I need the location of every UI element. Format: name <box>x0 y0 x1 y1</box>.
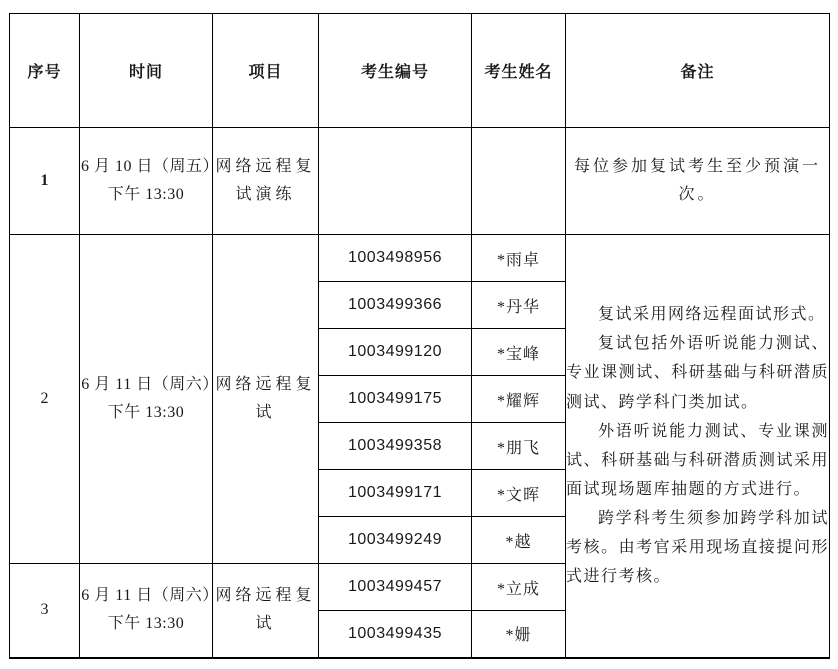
remark-paragraph: 外语听说能力测试、专业课测试、科研基础与科研潜质测试采用面试现场题库抽题的方式进… <box>566 417 829 504</box>
remark-paragraph: 复试采用网络远程面试形式。 <box>566 300 829 329</box>
project-cell: 网络远程复试 <box>213 235 319 564</box>
remark-cell: 每位参加复试考生至少预演一次。 <box>566 128 830 235</box>
candidate-name-cell: *越 <box>472 517 566 564</box>
col-header-remark: 备注 <box>566 14 830 128</box>
candidate-id-cell: 1003499171 <box>319 470 472 517</box>
candidate-name-cell: *立成 <box>472 564 566 611</box>
time-cell: 6 月 11 日（周六）下午 13:30 <box>80 235 213 564</box>
row-index-cell: 1 <box>10 128 80 235</box>
remark-paragraph: 跨学科考生须参加跨学科加试考核。由考官采用现场直接提问形式进行考核。 <box>566 504 829 591</box>
candidate-name-cell: *姗 <box>472 611 566 658</box>
table-row: 1 6 月 10 日（周五）下午 13:30 网络远程复试演练 每位参加复试考生… <box>10 128 830 235</box>
row-index-cell: 2 <box>10 235 80 564</box>
remark-paragraph: 复试包括外语听说能力测试、专业课测试、科研基础与科研潜质测试、跨学科门类加试。 <box>566 329 829 416</box>
col-header-time: 时间 <box>80 14 213 128</box>
row-index-cell: 3 <box>10 564 80 658</box>
candidate-id-cell: 1003499120 <box>319 329 472 376</box>
candidate-id-cell: 1003499249 <box>319 517 472 564</box>
project-cell: 网络远程复试演练 <box>213 128 319 235</box>
time-cell: 6 月 11 日（周六）下午 13:30 <box>80 564 213 658</box>
time-cell: 6 月 10 日（周五）下午 13:30 <box>80 128 213 235</box>
table-row: 2 6 月 11 日（周六）下午 13:30 网络远程复试 1003498956… <box>10 235 830 282</box>
project-cell: 网络远程复试 <box>213 564 319 658</box>
candidate-name-cell: *耀辉 <box>472 376 566 423</box>
candidate-id-cell: 1003499358 <box>319 423 472 470</box>
header-row: 序号 时间 项目 考生编号 考生姓名 备注 <box>10 14 830 128</box>
candidate-id-cell: 1003498956 <box>319 235 472 282</box>
document-page: 序号 时间 项目 考生编号 考生姓名 备注 1 6 月 10 日（周五）下午 1… <box>0 0 838 669</box>
candidate-name-cell: *丹华 <box>472 282 566 329</box>
candidate-name-cell: *文晖 <box>472 470 566 517</box>
col-header-candidate-id: 考生编号 <box>319 14 472 128</box>
col-header-index: 序号 <box>10 14 80 128</box>
col-header-project: 项目 <box>213 14 319 128</box>
candidate-id-cell: 1003499435 <box>319 611 472 658</box>
interview-schedule-table: 序号 时间 项目 考生编号 考生姓名 备注 1 6 月 10 日（周五）下午 1… <box>9 13 830 659</box>
candidate-name-cell <box>472 128 566 235</box>
candidate-name-cell: *朋飞 <box>472 423 566 470</box>
candidate-id-cell <box>319 128 472 235</box>
col-header-candidate-name: 考生姓名 <box>472 14 566 128</box>
remark-cell: 复试采用网络远程面试形式。 复试包括外语听说能力测试、专业课测试、科研基础与科研… <box>566 235 830 658</box>
candidate-id-cell: 1003499175 <box>319 376 472 423</box>
candidate-name-cell: *雨卓 <box>472 235 566 282</box>
candidate-id-cell: 1003499366 <box>319 282 472 329</box>
candidate-name-cell: *宝峰 <box>472 329 566 376</box>
candidate-id-cell: 1003499457 <box>319 564 472 611</box>
